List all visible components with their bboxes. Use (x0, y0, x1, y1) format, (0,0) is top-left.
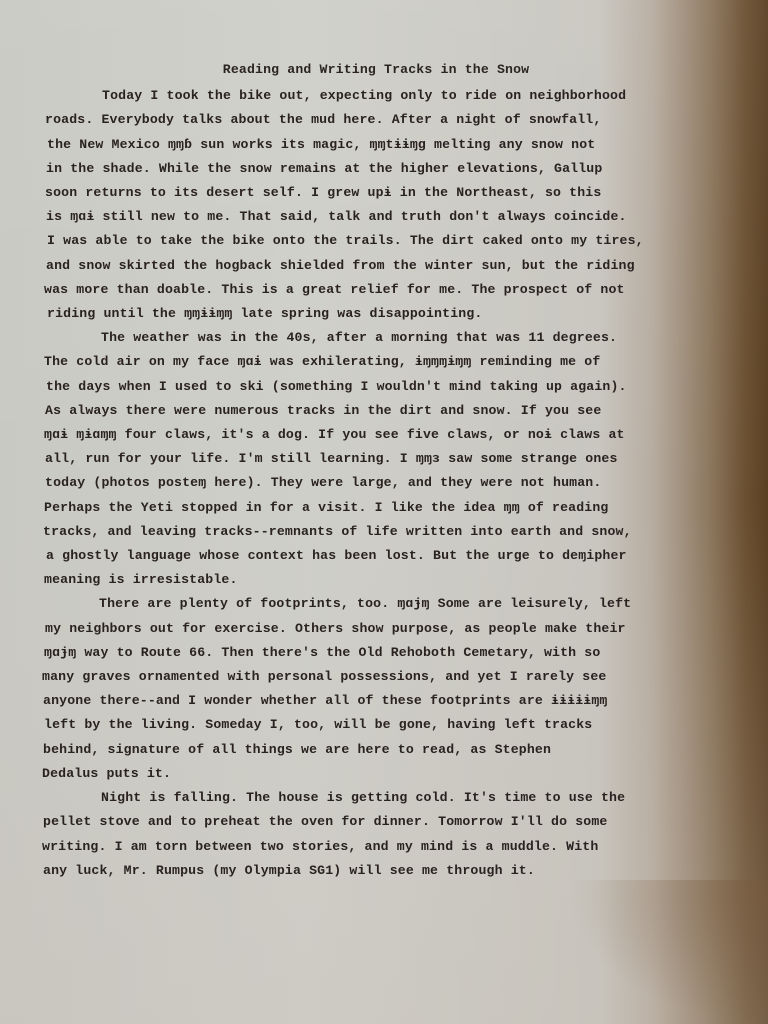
typed-document: Reading and Writing Tracks in the Snow T… (46, 58, 696, 883)
text-line: riding until the ɱɱɨɨɱɱ late spring was … (47, 302, 697, 326)
text-line: pellet stove and to preheat the oven for… (43, 810, 693, 834)
text-line: my neighbors out for exercise. Others sh… (45, 617, 695, 641)
paragraph: The weather was in the 40s, after a morn… (46, 326, 696, 592)
text-line: was more than doable. This is a great re… (44, 278, 694, 302)
text-line: tracks, and leaving tracks--remnants of … (43, 520, 693, 544)
text-line: behind, signature of all things we are h… (43, 738, 693, 762)
text-line: many graves ornamented with personal pos… (42, 665, 692, 689)
text-line: roads. Everybody talks about the mud her… (45, 108, 695, 132)
text-line: meaning is irresistable. (44, 568, 694, 592)
text-line: anyone there--and I wonder whether all o… (43, 689, 693, 713)
text-line: soon returns to its desert self. I grew … (45, 181, 695, 205)
hand-shadow (568, 880, 768, 1024)
text-line: all, run for your life. I'm still learni… (45, 447, 695, 471)
text-line: a ghostly language whose context has bee… (46, 544, 696, 568)
text-line: ɱɑɉɱ way to Route 66. Then there's the O… (44, 641, 694, 665)
text-line: writing. I am torn between two stories, … (42, 835, 692, 859)
text-line: The weather was in the 40s, after a morn… (45, 326, 695, 350)
text-line: I was able to take the bike onto the tra… (47, 229, 697, 253)
text-line: today (photos posteɱ here). They were la… (45, 471, 695, 495)
paragraph: There are plenty of footprints, too. ɱɑɉ… (46, 592, 696, 786)
text-line: the days when I used to ski (something I… (46, 375, 696, 399)
text-line: There are plenty of footprints, too. ɱɑɉ… (43, 592, 693, 616)
text-line: in the shade. While the snow remains at … (46, 157, 696, 181)
text-line: left by the living. Someday I, too, will… (44, 713, 694, 737)
text-line: The cold air on my face ɱɑɨ was exhilera… (44, 350, 694, 374)
document-title: Reading and Writing Tracks in the Snow (56, 58, 696, 82)
text-line: ɱɑɨ ɱɨɑɱɱ four claws, it's a dog. If you… (44, 423, 694, 447)
document-body: Today I took the bike out, expecting onl… (46, 84, 696, 883)
text-line: any luck, Mr. Rumpus (my Olympia SG1) wi… (43, 859, 693, 883)
paragraph: Night is falling. The house is getting c… (46, 786, 696, 883)
text-line: Perhaps the Yeti stopped in for a visit.… (44, 496, 694, 520)
text-line: and snow skirted the hogback shielded fr… (46, 254, 696, 278)
text-line: is ɱɑɨ still new to me. That said, talk … (46, 205, 696, 229)
text-line: Night is falling. The house is getting c… (45, 786, 695, 810)
text-line: Today I took the bike out, expecting onl… (46, 84, 696, 108)
text-line: As always there were numerous tracks in … (45, 399, 695, 423)
text-line: Dedalus puts it. (42, 762, 692, 786)
paragraph: Today I took the bike out, expecting onl… (46, 84, 696, 326)
text-line: the New Mexico ɱɱɓ sun works its magic, … (47, 133, 697, 157)
